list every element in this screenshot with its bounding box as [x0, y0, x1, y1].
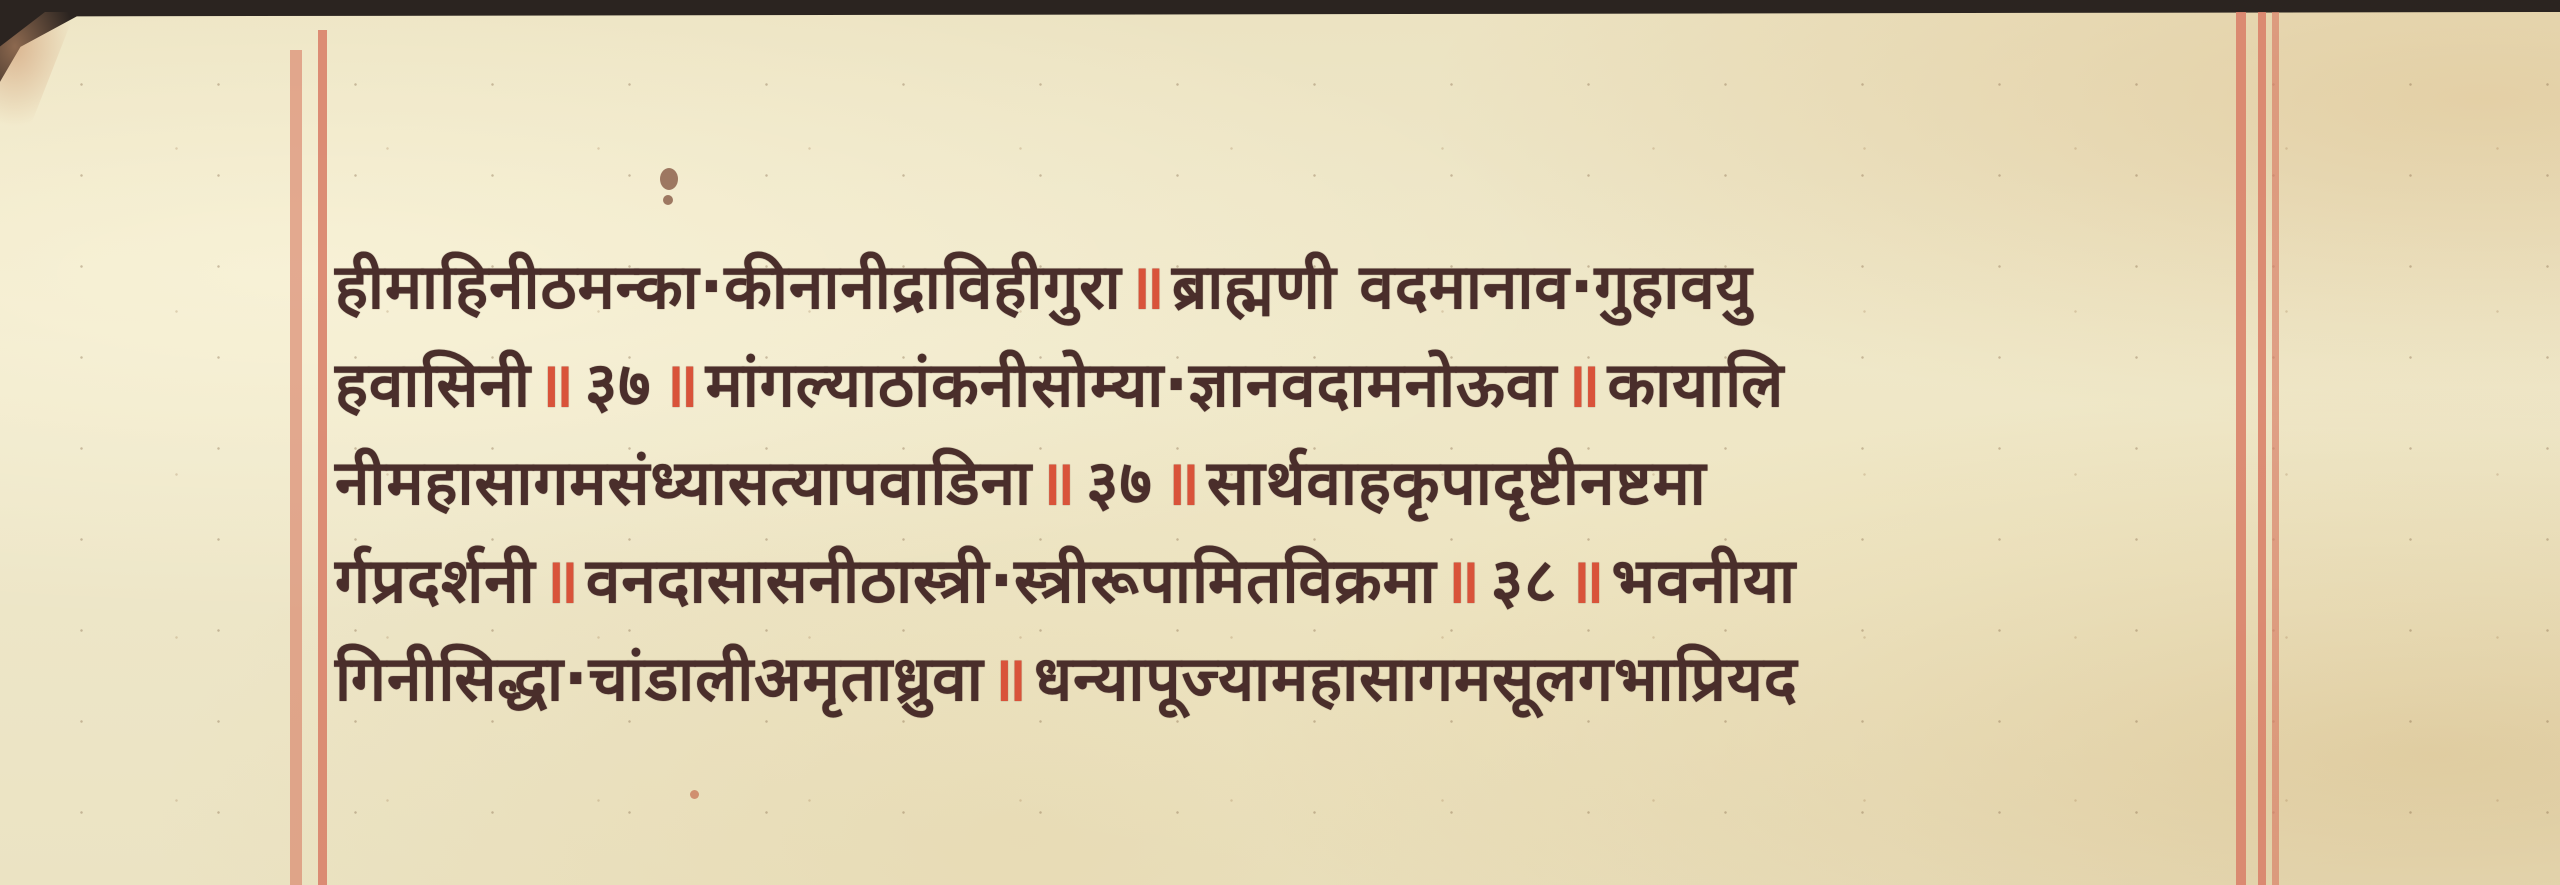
ink-blot — [663, 195, 673, 205]
manuscript-viewer: हीमाहिनीठमन्का·कीनानीद्राविहीगुरा॥ब्राह्… — [0, 0, 2560, 885]
line-text: ब्राह्मणी वदमानाव·गुहावयु — [1172, 250, 1753, 323]
ink-blot — [690, 790, 699, 799]
double-danda: ॥ — [1443, 544, 1481, 617]
double-danda: ॥ — [990, 642, 1028, 715]
text-line-2: हवासिनी॥३७॥मांगल्याठांकनीसोम्या·ज्ञानवदा… — [335, 336, 2235, 434]
line-text: कायालि — [1607, 348, 1784, 421]
line-text: मांगल्याठांकनीसोम्या·ज्ञानवदामनोऊवा — [706, 348, 1558, 421]
line-text: गिनीसिद्धा·चांडालीअमृताध्रुवा — [335, 642, 984, 715]
verse-number: ३७ — [585, 348, 651, 421]
text-line-3: नीमहासागमसंध्यासत्यापवाडिना॥३७॥सार्थवाहक… — [335, 434, 2235, 532]
text-line-5: गिनीसिद्धा·चांडालीअमृताध्रुवा॥धन्यापूज्य… — [335, 630, 2235, 728]
text-line-4: र्गप्रदर्शनी॥वनदासासनीठास्त्री·स्त्रीरूप… — [335, 532, 2235, 630]
line-text: हवासिनी — [335, 348, 531, 421]
double-danda: ॥ — [1563, 348, 1601, 421]
line-text: भवनीया — [1612, 544, 1797, 617]
line-text: नीमहासागमसंध्यासत्यापवाडिना — [335, 446, 1032, 519]
left-margin-rule-outer — [290, 50, 302, 885]
line-text: वनदासासनीठास्त्री·स्त्रीरूपामितविक्रमा — [586, 544, 1437, 617]
line-text: हीमाहिनीठमन्का·कीनानीद्राविहीगुरा — [335, 250, 1122, 323]
double-danda: ॥ — [1163, 446, 1201, 519]
right-margin-rule-2 — [2258, 12, 2266, 885]
right-margin-rule-1 — [2236, 12, 2246, 885]
verse-number: ३८ — [1491, 544, 1557, 617]
double-danda: ॥ — [537, 348, 575, 421]
double-danda: ॥ — [1038, 446, 1076, 519]
line-text: धन्यापूज्यामहासागमसूलगभाप्रियद — [1034, 642, 1798, 715]
verse-number: ३७ — [1086, 446, 1152, 519]
ink-blot — [660, 168, 678, 190]
double-danda: ॥ — [1567, 544, 1605, 617]
double-danda: ॥ — [1128, 250, 1166, 323]
left-margin-rule-inner — [318, 30, 327, 885]
right-margin-rule-3 — [2272, 12, 2279, 885]
double-danda: ॥ — [542, 544, 580, 617]
line-text: र्गप्रदर्शनी — [335, 544, 536, 617]
manuscript-text: हीमाहिनीठमन्का·कीनानीद्राविहीगुरा॥ब्राह्… — [335, 238, 2235, 728]
double-danda: ॥ — [662, 348, 700, 421]
line-text: सार्थवाहकृपादृष्टीनष्टमा — [1207, 446, 1707, 519]
text-line-1: हीमाहिनीठमन्का·कीनानीद्राविहीगुरा॥ब्राह्… — [335, 238, 2235, 336]
